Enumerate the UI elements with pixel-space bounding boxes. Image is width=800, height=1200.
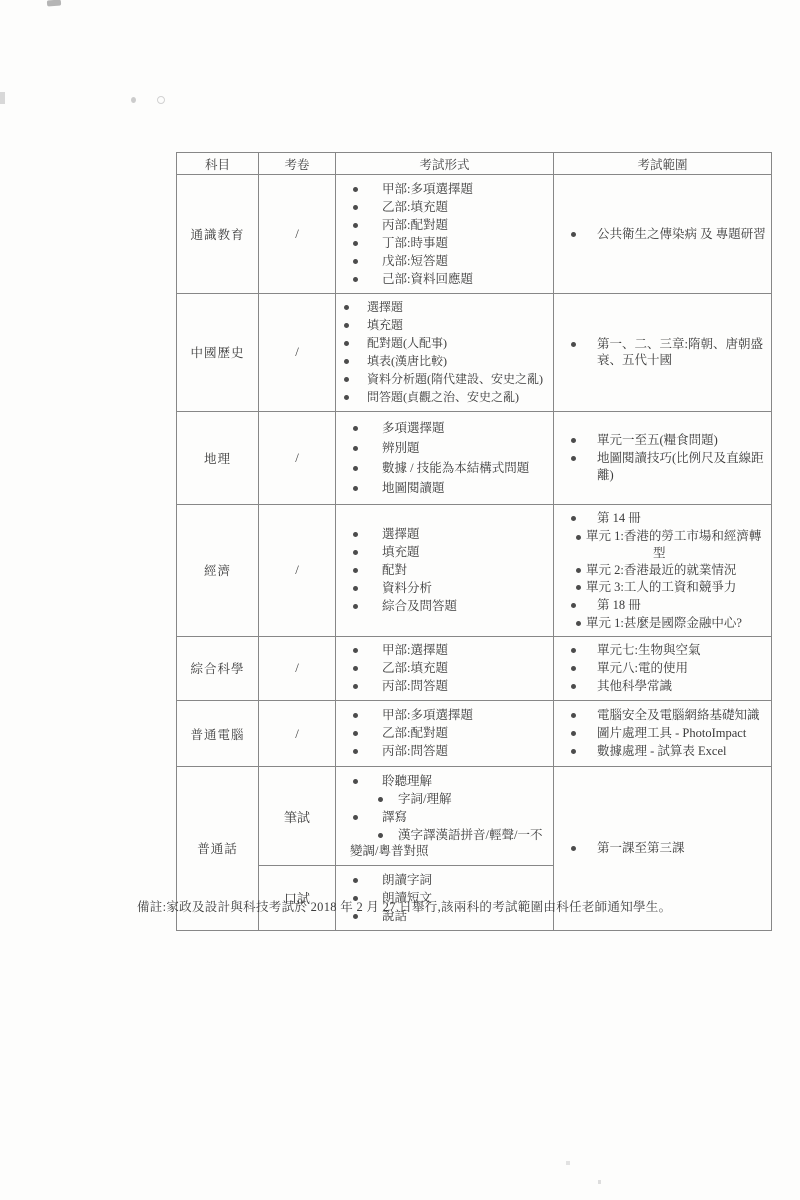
format-item-label: 配對題(人配事): [367, 335, 447, 352]
scope-item: 單元一至五(糧食問題): [554, 432, 768, 449]
format-item-label: 己部:資料回應題: [382, 271, 473, 288]
bullet-icon: [353, 259, 358, 264]
format-item: 乙部:配對題: [336, 725, 550, 742]
header-format: 考試形式: [336, 153, 554, 175]
scope-item-label: 第一、二、三章:隋朝、唐朝盛衰、五代十國: [597, 336, 768, 369]
scope-item-label: 第 18 冊: [597, 597, 641, 614]
scope-item-label: 其他科學常識: [597, 678, 672, 695]
bullet-icon: [571, 603, 576, 608]
format-item-label: 乙部:配對題: [382, 725, 448, 742]
scope-item: 數據處理 - 試算表 Excel: [554, 743, 768, 760]
paper-label: /: [259, 701, 336, 767]
format-item: 資料分析: [336, 580, 550, 597]
bullet-icon: [571, 713, 576, 718]
format-item-label: 問答題(貞觀之治、安史之亂): [367, 389, 519, 406]
bullet-icon: [353, 568, 358, 573]
bullet-icon: [571, 666, 576, 671]
format-item: 丙部:問答題: [336, 678, 550, 695]
bullet-icon: [353, 223, 358, 228]
format-item: 選擇題: [336, 299, 550, 316]
header-subject: 科目: [177, 153, 259, 175]
bullet-icon: [344, 341, 349, 346]
bullet-icon: [571, 438, 576, 443]
scope-item: 第 14 冊: [554, 510, 768, 527]
bullet-icon: [571, 846, 576, 851]
bullet-icon: [353, 648, 358, 653]
format-item: 丙部:配對題: [336, 217, 550, 234]
format-item-label: 填充題: [367, 317, 403, 334]
paper-label: 筆試: [259, 767, 336, 866]
bullet-icon: [344, 395, 349, 400]
table-row: 經濟 / 選擇題 填充題 配對 資料分析 綜合及問答題 第 14 冊 單元 1:…: [177, 504, 772, 636]
format-item-label: 聆聽理解: [382, 773, 432, 790]
bullet-icon: [571, 731, 576, 736]
format-item: 聆聽理解: [336, 773, 550, 790]
format-item: 填充題: [336, 544, 550, 561]
bullet-icon: [353, 532, 358, 537]
format-item-label: 丙部:問答題: [382, 743, 448, 760]
format-item-label: 朗讀字詞: [382, 872, 432, 889]
format-subitem: 漢字譯漢語拼音/輕聲/一不變調/粵普對照: [336, 827, 550, 860]
paper-label: /: [259, 504, 336, 636]
scope-item-label: 地圖閱讀技巧(比例尺及直線距離): [597, 450, 768, 483]
scope-subitem: 單元 1:甚麼是國際金融中心?: [554, 615, 768, 632]
exam-table: 科目 考卷 考試形式 考試範圍 通識教育 / 甲部:多項選擇題 乙部:填充題 丙…: [176, 152, 772, 931]
footnote: 備註:家政及設計與科技考試於 2018 年 2 月 27 日舉行,該兩科的考試範…: [137, 897, 717, 915]
scope-item: 圖片處理工具 - PhotoImpact: [554, 725, 768, 742]
scope-item-label: 圖片處理工具 - PhotoImpact: [597, 725, 746, 742]
format-subitem-label: 字詞/理解: [398, 792, 451, 806]
format-item-label: 資料分析題(隋代建設、安史之亂): [367, 371, 543, 388]
bullet-icon: [571, 232, 576, 237]
subject-label: 中國歷史: [177, 293, 259, 412]
bullet-icon: [571, 684, 576, 689]
format-item-label: 乙部:填充題: [382, 199, 448, 216]
format-item: 甲部:多項選擇題: [336, 181, 550, 198]
table-row: 通識教育 / 甲部:多項選擇題 乙部:填充題 丙部:配對題 丁部:時事題 戊部:…: [177, 175, 772, 294]
format-item: 己部:資料回應題: [336, 271, 550, 288]
scope-subitem: 單元 1:香港的勞工市場和經濟轉型: [554, 528, 768, 561]
bullet-icon: [353, 205, 358, 210]
scope-item-label: 單元七:生物與空氣: [597, 642, 700, 659]
scope-subitem-label: 單元 2:香港最近的就業情況: [586, 563, 736, 577]
table-row: 普通電腦 / 甲部:多項選擇題 乙部:配對題 丙部:問答題 電腦安全及電腦網絡基…: [177, 701, 772, 767]
table-row: 地理 / 多項選擇題 辨別題 數據 / 技能為本結構式問題 地圖閱讀題 單元一至…: [177, 412, 772, 505]
bullet-icon: [353, 486, 358, 491]
bullet-icon: [571, 456, 576, 461]
format-item: 綜合及問答題: [336, 598, 550, 615]
format-item: 朗讀字詞: [336, 872, 550, 889]
paper-label: /: [259, 293, 336, 412]
scanned-exam-timetable-page: 科目 考卷 考試形式 考試範圍 通識教育 / 甲部:多項選擇題 乙部:填充題 丙…: [0, 0, 800, 1200]
scan-artifact: [0, 92, 5, 104]
scan-artifact: [598, 1180, 601, 1184]
format-item: 資料分析題(隋代建設、安史之亂): [336, 371, 550, 388]
format-item: 甲部:多項選擇題: [336, 707, 550, 724]
table-row: 普通話 筆試 聆聽理解 字詞/理解 譯寫 漢字譯漢語拼音/輕聲/一不變調/粵普對…: [177, 767, 772, 866]
bullet-icon: [571, 749, 576, 754]
format-item: 選擇題: [336, 526, 550, 543]
scan-artifact: [157, 96, 165, 104]
format-item-label: 甲部:多項選擇題: [382, 707, 473, 724]
scope-item-label: 第一課至第三課: [597, 840, 685, 857]
scope-item: 單元七:生物與空氣: [554, 642, 768, 659]
bullet-icon: [378, 797, 383, 802]
scan-artifact: [131, 97, 136, 103]
format-item: 乙部:填充題: [336, 199, 550, 216]
format-item: 問答題(貞觀之治、安史之亂): [336, 389, 550, 406]
format-item: 乙部:填充題: [336, 660, 550, 677]
table-row: 綜合科學 / 甲部:選擇題 乙部:填充題 丙部:問答題 單元七:生物與空氣 單元…: [177, 636, 772, 701]
format-item-label: 選擇題: [367, 299, 403, 316]
bullet-icon: [353, 713, 358, 718]
scope-item: 其他科學常識: [554, 678, 768, 695]
paper-label: /: [259, 175, 336, 294]
format-item-label: 資料分析: [382, 580, 432, 597]
scope-subitem-label: 單元 3:工人的工資和競爭力: [586, 580, 736, 594]
format-item: 地圖閱讀題: [336, 480, 550, 497]
format-subitem-label: 漢字譯漢語拼音/輕聲/一不變調/粵普對照: [350, 828, 542, 859]
format-item-label: 數據 / 技能為本結構式問題: [382, 460, 529, 477]
subject-label: 經濟: [177, 504, 259, 636]
format-item-label: 配對: [382, 562, 407, 579]
format-item-label: 戊部:短答題: [382, 253, 448, 270]
format-item-label: 甲部:選擇題: [382, 642, 448, 659]
header-scope: 考試範圍: [554, 153, 772, 175]
bullet-icon: [344, 323, 349, 328]
format-item-label: 丙部:問答題: [382, 678, 448, 695]
bullet-icon: [353, 604, 358, 609]
scope-subitem-label: 單元 1:甚麼是國際金融中心?: [586, 616, 742, 630]
bullet-icon: [353, 241, 358, 246]
subject-label: 通識教育: [177, 175, 259, 294]
format-item-label: 辨別題: [382, 440, 420, 457]
bullet-icon: [344, 305, 349, 310]
table-row: 中國歷史 / 選擇題 填充題 配對題(人配事) 填表(漢唐比較) 資料分析題(隋…: [177, 293, 772, 412]
bullet-icon: [571, 342, 576, 347]
scope-item: 公共衛生之傳染病 及 專題研習: [554, 226, 768, 243]
format-item-label: 多項選擇題: [382, 420, 445, 437]
scope-item-label: 數據處理 - 試算表 Excel: [597, 743, 727, 760]
bullet-icon: [353, 666, 358, 671]
header-paper: 考卷: [259, 153, 336, 175]
format-item: 辨別題: [336, 440, 550, 457]
scan-artifact: [47, 0, 61, 6]
format-item: 丙部:問答題: [336, 743, 550, 760]
bullet-icon: [571, 648, 576, 653]
format-item-label: 填表(漢唐比較): [367, 353, 447, 370]
scope-item: 第 18 冊: [554, 597, 768, 614]
bullet-icon: [353, 731, 358, 736]
scope-item: 第一課至第三課: [554, 840, 768, 857]
scope-item-label: 電腦安全及電腦網絡基礎知識: [597, 707, 760, 724]
scope-subitem: 單元 2:香港最近的就業情況: [554, 562, 768, 579]
format-item-label: 丁部:時事題: [382, 235, 448, 252]
format-item: 多項選擇題: [336, 420, 550, 437]
scope-item: 第一、二、三章:隋朝、唐朝盛衰、五代十國: [554, 336, 768, 369]
format-item-label: 地圖閱讀題: [382, 480, 445, 497]
format-item: 丁部:時事題: [336, 235, 550, 252]
scope-item-label: 單元一至五(糧食問題): [597, 432, 718, 449]
bullet-icon: [344, 359, 349, 364]
bullet-icon: [378, 833, 383, 838]
format-item-label: 選擇題: [382, 526, 420, 543]
table-header-row: 科目 考卷 考試形式 考試範圍: [177, 153, 772, 175]
format-item: 譯寫: [336, 809, 550, 826]
format-item-label: 甲部:多項選擇題: [382, 181, 473, 198]
subject-label: 地理: [177, 412, 259, 505]
bullet-icon: [353, 586, 358, 591]
format-item: 戊部:短答題: [336, 253, 550, 270]
scope-item: 電腦安全及電腦網絡基礎知識: [554, 707, 768, 724]
subject-label: 綜合科學: [177, 636, 259, 701]
format-item-label: 丙部:配對題: [382, 217, 448, 234]
format-subitem: 字詞/理解: [336, 791, 550, 808]
bullet-icon: [353, 749, 358, 754]
format-item: 配對: [336, 562, 550, 579]
bullet-icon: [353, 878, 358, 883]
bullet-icon: [353, 466, 358, 471]
bullet-icon: [353, 684, 358, 689]
bullet-icon: [353, 277, 358, 282]
format-item-label: 綜合及問答題: [382, 598, 457, 615]
bullet-icon: [353, 779, 358, 784]
scan-artifact: [566, 1161, 570, 1165]
format-item: 數據 / 技能為本結構式問題: [336, 460, 550, 477]
bullet-icon: [576, 535, 581, 540]
scope-subitem: 單元 3:工人的工資和競爭力: [554, 579, 768, 596]
paper-label: /: [259, 636, 336, 701]
subject-label: 普通電腦: [177, 701, 259, 767]
bullet-icon: [576, 621, 581, 626]
bullet-icon: [353, 815, 358, 820]
scope-subitem-label: 單元 1:香港的勞工市場和經濟轉型: [586, 529, 761, 560]
bullet-icon: [353, 446, 358, 451]
format-item: 甲部:選擇題: [336, 642, 550, 659]
bullet-icon: [353, 187, 358, 192]
format-item-label: 譯寫: [382, 809, 407, 826]
format-item: 填表(漢唐比較): [336, 353, 550, 370]
format-item: 填充題: [336, 317, 550, 334]
scope-item: 地圖閱讀技巧(比例尺及直線距離): [554, 450, 768, 483]
bullet-icon: [576, 568, 581, 573]
scope-item-label: 公共衛生之傳染病 及 專題研習: [597, 226, 766, 243]
format-item: 配對題(人配事): [336, 335, 550, 352]
format-item-label: 乙部:填充題: [382, 660, 448, 677]
bullet-icon: [353, 426, 358, 431]
bullet-icon: [353, 550, 358, 555]
bullet-icon: [344, 377, 349, 382]
format-item-label: 填充題: [382, 544, 420, 561]
bullet-icon: [571, 516, 576, 521]
paper-label: /: [259, 412, 336, 505]
scope-item-label: 第 14 冊: [597, 510, 641, 527]
scope-item: 單元八:電的使用: [554, 660, 768, 677]
bullet-icon: [576, 585, 581, 590]
scope-item-label: 單元八:電的使用: [597, 660, 688, 677]
